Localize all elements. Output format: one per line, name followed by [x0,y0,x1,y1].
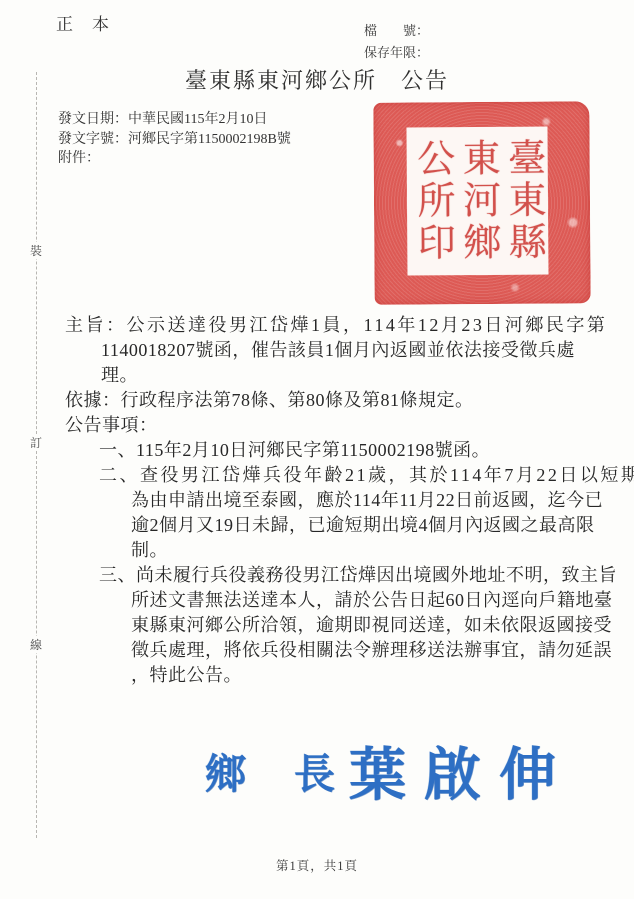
subject-line-3: 理。 [65,363,605,388]
seal-column-right: 臺東縣 [500,129,545,273]
seal-inner-face: 臺東縣 東河鄉 公所印 [406,127,548,276]
item-1-line-1: 一、115年2月10日河鄉民字第1150002198號函。 [65,438,605,463]
items-header: 公告事項： [65,413,605,438]
item-2-marker: 二、 [99,465,140,485]
attachment-label: 附件： [58,149,291,169]
file-reference-block: 檔 號： 保存年限： [364,20,429,64]
item-3-line-4: 徵兵處理，將依兵役相關法令辦理移送法辦事宜，請勿延誤 [65,638,605,663]
item-3-marker: 三、 [99,565,136,585]
binding-dotted-line [36,72,37,838]
issue-date: 發文日期：中華民國115年2月10日 [58,110,291,130]
retention-period-label: 保存年限： [364,42,429,64]
item-3-line-5: ，特此公告。 [65,663,605,688]
official-announcement-document: 正 本 檔 號： 保存年限： 臺東縣東河鄉公所 公告 發文日期：中華民國115年… [0,0,634,899]
announcement-body: 主旨：公示送達役男江岱燁1員，114年12月23日河鄉民字第 114001820… [65,313,605,688]
file-number-label: 檔 號： [364,20,429,42]
basis-text: 行政程序法第78條、第80條及第81條規定。 [121,390,474,410]
official-red-seal: 臺東縣 東河鄉 公所印 [373,101,590,305]
item-1-marker: 一、 [99,440,136,460]
document-title: 臺東縣東河鄉公所 公告 [0,64,634,95]
item-3-line-1: 三、尚未履行兵役義務役男江岱燁因出境國外地址不明，致主旨 [65,563,605,588]
issuing-meta-block: 發文日期：中華民國115年2月10日 發文字號：河鄉民字第1150002198B… [58,110,291,169]
item-2-line-2: 為由申請出境至泰國，應於114年11月22日前返國，迄今已 [65,488,605,513]
page-number-footer: 第1頁，共1頁 [0,856,634,874]
subject-text: 公示送達役男江岱燁1員，114年12月23日河鄉民字第 [127,315,608,335]
copy-type-label: 正 本 [56,10,110,35]
item-2-text: 查役男江岱燁兵役年齡21歲，其於114年7月22日以短期觀光 [140,465,634,485]
subject-line-2: 1140018207號函，催告該員1個月內返國並依法接受徵兵處 [65,338,605,363]
item-3-line-3: 東縣東河鄉公所洽領，逾期即視同送達，如未依限返國接受 [65,613,605,638]
document-number: 發文字號：河鄉民字第1150002198B號 [58,130,291,150]
seal-column-left: 公所印 [409,129,454,273]
binding-mark-xian: 線 [28,636,44,653]
subject-line-1: 主旨：公示送達役男江岱燁1員，114年12月23日河鄉民字第 [65,313,605,338]
item-1-text: 115年2月10日河鄉民字第1150002198號函。 [136,440,490,460]
mayor-signature-stamp: 鄉 長 葉啟伸 [205,728,574,812]
item-2-line-4: 制。 [65,538,605,563]
basis-line: 依據：行政程序法第78條、第80條及第81條規定。 [65,388,605,413]
signature-title-char-1: 鄉 [205,741,246,800]
binding-mark-ding: 訂 [28,434,44,451]
signature-title-char-2: 長 [294,741,335,800]
binding-mark-zhuang: 裝 [28,242,44,259]
item-2-line-3: 逾2個月又19日未歸，已逾短期出境4個月內返國之最高限 [65,513,605,538]
item-2-line-1: 二、查役男江岱燁兵役年齡21歲，其於114年7月22日以短期觀光 [65,463,605,488]
subject-label: 主旨： [65,315,127,335]
item-3-text: 尚未履行兵役義務役男江岱燁因出境國外地址不明，致主旨 [136,565,617,585]
signature-name: 葉啟伸 [349,729,574,811]
item-3-line-2: 所述文書無法送達本人，請於公告日起60日內逕向戶籍地臺 [65,588,605,613]
seal-column-middle: 東河鄉 [455,129,500,273]
basis-label: 依據： [65,390,121,410]
